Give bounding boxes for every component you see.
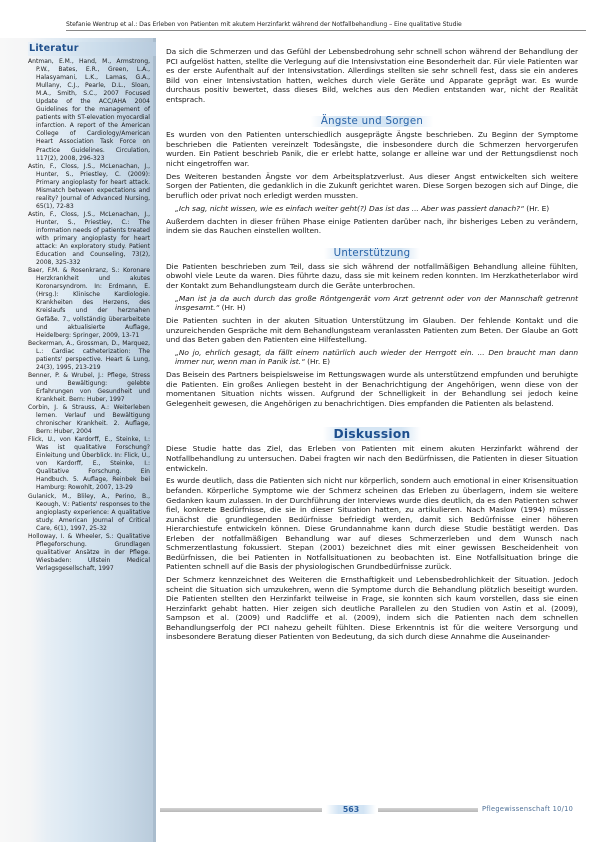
quote-speaker: (Hr. H) (222, 303, 246, 312)
running-head: Stefanie Wentrup et al.: Das Erleben von… (66, 20, 586, 31)
reference-item: Beckerman, A., Grossman, D., Marquez, L.… (28, 340, 150, 372)
quote-speaker: (Hr. E) (307, 357, 330, 366)
paragraph: Der Schmerz kennzeichnet des Weiteren di… (166, 575, 578, 642)
reference-item: Gulanick, M., Bliley, A., Perino, B., Ke… (28, 493, 150, 533)
section-heading-unterstuetzung: Unterstützung (166, 248, 578, 260)
paragraph: Des Weiteren bestanden Ängste vor dem Ar… (166, 172, 578, 201)
footer-rule-left (160, 808, 322, 812)
reference-item: Antman, E.M., Hand, M., Armstrong, P.W.,… (28, 58, 150, 163)
paragraph: Die Patienten beschrieben zum Teil, dass… (166, 262, 578, 291)
quote-speaker: (Hr. E) (526, 204, 549, 213)
journal-name: Pflegewissenschaft 10/10 (482, 805, 573, 813)
sidebar-edge (153, 38, 156, 842)
section-heading-diskussion: Diskussion (166, 428, 578, 440)
section-heading-aengste: Ängste und Sorgen (166, 116, 578, 128)
page-number: 563 (326, 805, 376, 814)
section-heading-text: Unterstützung (324, 248, 421, 259)
paragraph: Die Patienten suchten in der akuten Situ… (166, 316, 578, 345)
reference-item: Astin, F., Closs, J.S., McLenachan, J., … (28, 163, 150, 211)
quote-text: „No jo, ehrlich gesagt, da fällt einem n… (175, 348, 578, 367)
section-heading-text: Ängste und Sorgen (311, 116, 433, 127)
reference-item: Baer, F.M. & Rosenkranz, S.: Koronare He… (28, 267, 150, 339)
main-column: Da sich die Schmerzen und das Gefühl der… (166, 47, 578, 645)
interview-quote: „Man ist ja da auch durch das große Rönt… (166, 294, 578, 313)
paragraph: Das Beisein des Partners beispielsweise … (166, 370, 578, 408)
paragraph: Es wurden von den Patienten unterschiedl… (166, 130, 578, 168)
reference-item: Corbin, J. & Strauss, A.: Weiterleben le… (28, 404, 150, 436)
interview-quote: „No jo, ehrlich gesagt, da fällt einem n… (166, 348, 578, 367)
reference-item: Holloway, I. & Wheeler, S.: Qualitative … (28, 533, 150, 573)
intro-paragraph: Da sich die Schmerzen und das Gefühl der… (166, 47, 578, 104)
reference-item: Astin, F., Closs, J.S., McLenachan, J., … (28, 211, 150, 267)
literature-title: Literatur (29, 43, 79, 54)
paragraph: Diese Studie hatte das Ziel, das Erleben… (166, 444, 578, 473)
reference-list: Antman, E.M., Hand, M., Armstrong, P.W.,… (28, 58, 150, 573)
paragraph: Es wurde deutlich, dass die Patienten si… (166, 476, 578, 571)
footer-rule-right (378, 808, 478, 812)
section-heading-text: Diskussion (323, 427, 420, 441)
quote-text: „Ich sag, nicht wissen, wie es einfach w… (175, 204, 524, 213)
reference-item: Flick, U., von Kardorff, E., Steinke, I.… (28, 436, 150, 492)
paragraph: Außerdem dachten in dieser frühen Phase … (166, 217, 578, 236)
reference-item: Benner, P. & Wrubel, J.: Pflege, Stress … (28, 372, 150, 404)
interview-quote: „Ich sag, nicht wissen, wie es einfach w… (166, 204, 578, 214)
